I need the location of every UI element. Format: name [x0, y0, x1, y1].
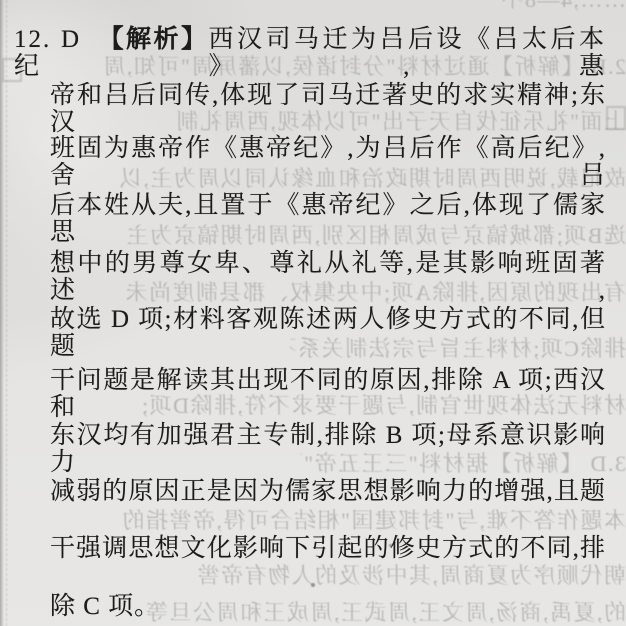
analysis-line-9: 减弱的原因正是因为儒家思想影响力的增强,且题	[50, 478, 606, 505]
ghost-dashed-rule	[6, 0, 7, 626]
scanned-answer-page: ……,4—8不 2.B 【解析】通过材料"分封诸侯,以藩屏周"可知,周 上面"礼…	[0, 0, 626, 626]
analysis-line-3: 班固为惠帝作《惠帝纪》,为吕后作《高后纪》,舍吕	[50, 135, 606, 189]
analysis-line-11: 除 C 项。	[50, 593, 160, 620]
ghost-box-glyph	[606, 106, 626, 130]
answer-letter: D	[61, 26, 80, 53]
paper-speck	[311, 583, 315, 587]
analysis-label: 【解析】	[111, 25, 208, 53]
ghost-bleed-line: ……,4—8不	[440, 0, 626, 12]
analysis-line-1: 12. D 【解析】西汉司马迁为吕后设《吕太后本纪》,惠	[14, 26, 605, 80]
analysis-line-6: 故选 D 项;材料客观陈述两人修史方式的不同,但题	[50, 306, 606, 360]
question-number: 12.	[14, 26, 51, 53]
ghost-bleed-line: 的,夏禹,商汤,周文王,周武王,周成王和周公旦等	[130, 601, 626, 625]
analysis-line-4: 后本姓从夫,且置于《惠帝纪》之后,体现了儒家思	[50, 192, 606, 246]
analysis-line-8: 东汉均有加强君主专制,排除 B 项;母系意识影响力	[50, 422, 606, 476]
analysis-line-10: 干强调思想文化影响下引起的修史方式的不同,排	[50, 535, 606, 562]
analysis-line-2: 帝和吕后同传,体现了司马迁著史的求实精神;东汉	[50, 82, 606, 136]
analysis-line-5: 想中的男尊女卑、尊礼从礼等,是其影响班固著述,	[50, 250, 606, 304]
analysis-line-7: 干问题是解读其出现不同的原因,排除 A 项;西汉和	[50, 367, 606, 421]
ghost-bleed-line: 本题作答不难,与"封邦建国"相结合可得,帝喾指的	[40, 509, 626, 533]
ghost-bleed-line: 朝代顺序为夏商周,其中涉及的人物有帝喾	[90, 564, 626, 588]
